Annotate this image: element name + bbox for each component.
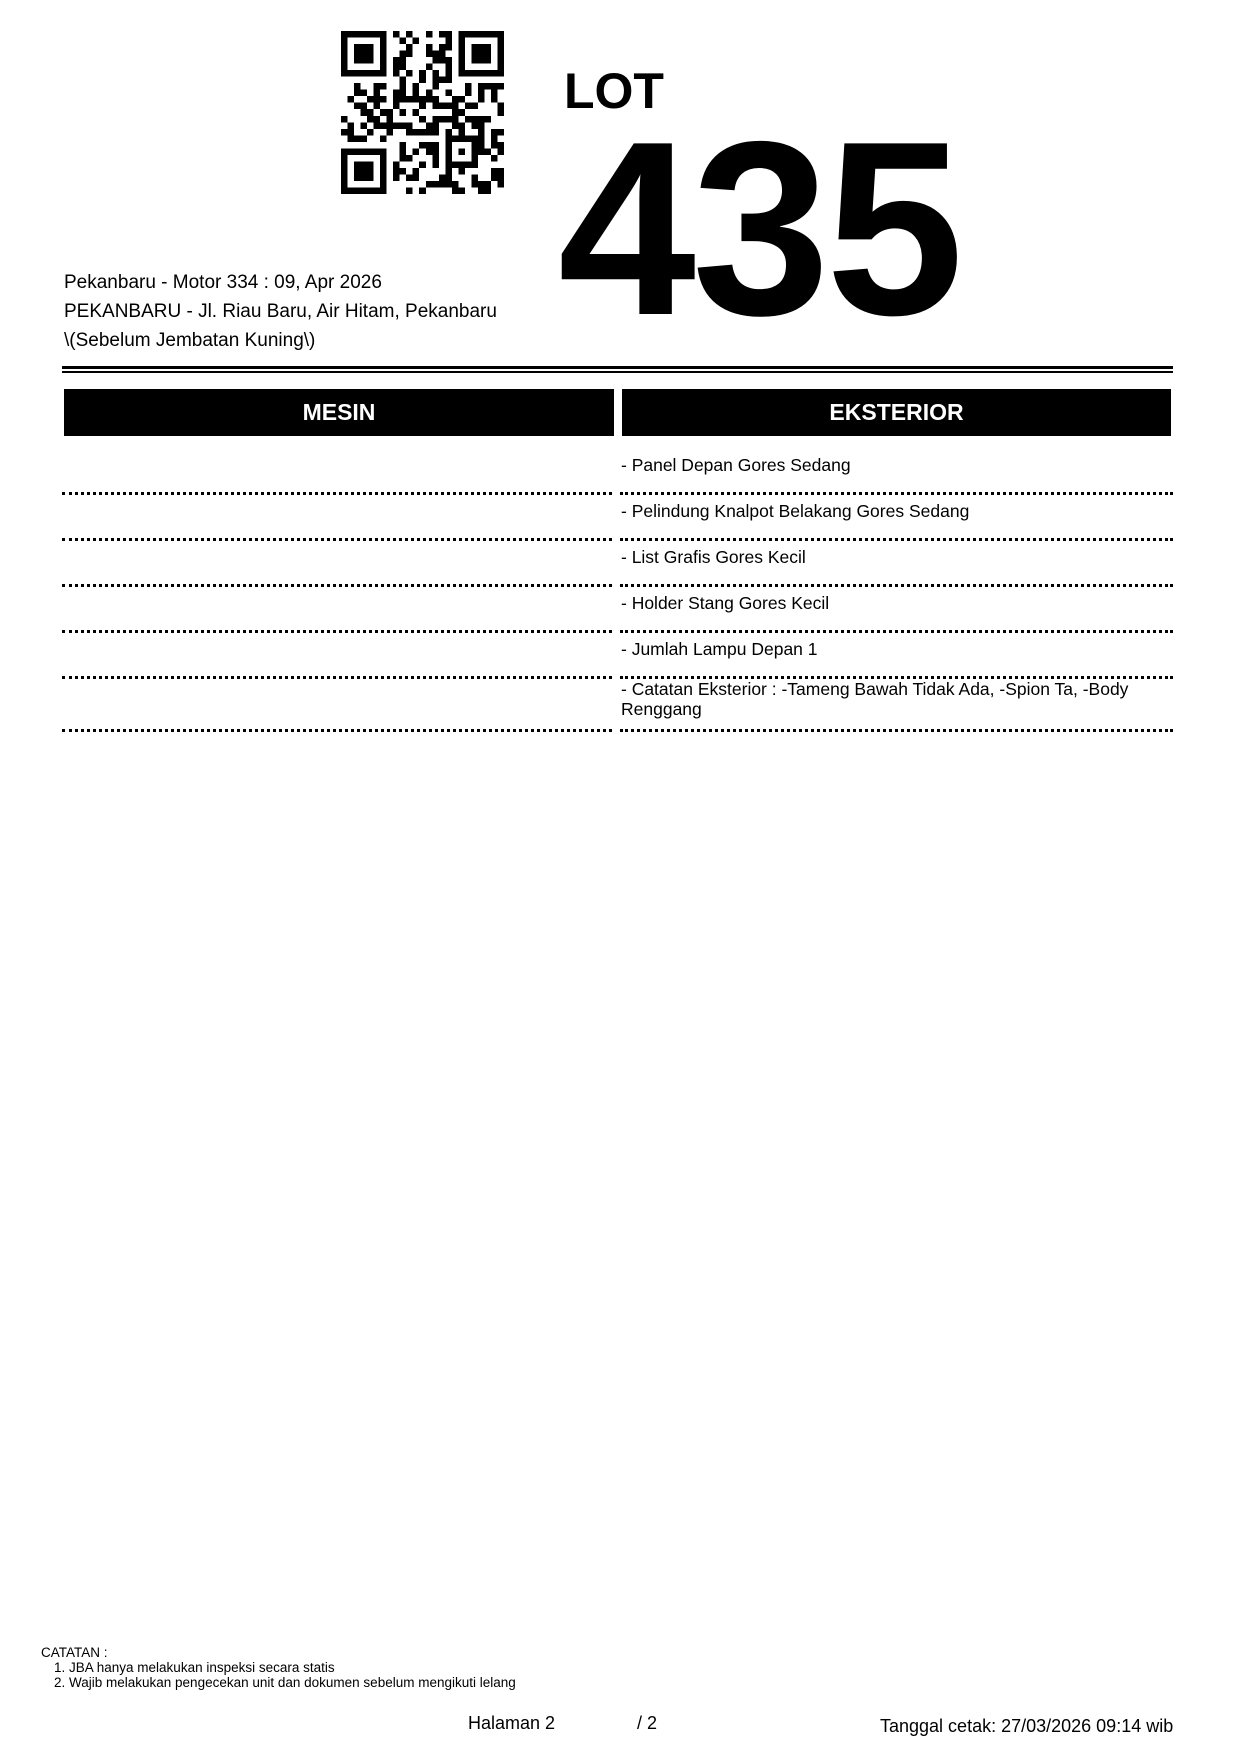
column-header-mesin: MESIN xyxy=(64,389,614,436)
eksterior-item: - List Grafis Gores Kecil xyxy=(621,547,1161,567)
column-header-eksterior: EKSTERIOR xyxy=(622,389,1171,436)
notes-section: CATATAN : JBA hanya melakukan inspeksi s… xyxy=(41,1645,516,1690)
divider-thick xyxy=(62,366,1173,369)
eksterior-item: - Jumlah Lampu Depan 1 xyxy=(621,639,1161,659)
event-line: Pekanbaru - Motor 334 : 09, Apr 2026 xyxy=(64,268,497,297)
divider-thin xyxy=(62,371,1173,373)
row-divider xyxy=(62,676,612,679)
page-label: Halaman 2 xyxy=(468,1713,555,1734)
row-divider xyxy=(620,630,1173,633)
row-divider xyxy=(62,630,612,633)
note-item: Wajib melakukan pengecekan unit dan doku… xyxy=(69,1675,516,1690)
qr-code-icon xyxy=(341,31,504,194)
row-divider xyxy=(620,538,1173,541)
row-divider xyxy=(62,538,612,541)
print-date: Tanggal cetak: 27/03/2026 09:14 wib xyxy=(880,1716,1173,1737)
lot-number: 435 xyxy=(558,104,960,352)
eksterior-item: - Pelindung Knalpot Belakang Gores Sedan… xyxy=(621,501,1161,521)
row-divider xyxy=(62,729,612,732)
page-total: / 2 xyxy=(637,1713,657,1734)
row-divider xyxy=(620,729,1173,732)
address-line-2: \(Sebelum Jembatan Kuning\) xyxy=(64,326,497,355)
row-divider xyxy=(62,584,612,587)
eksterior-item: - Panel Depan Gores Sedang xyxy=(621,455,1161,475)
eksterior-item: - Holder Stang Gores Kecil xyxy=(621,593,1161,613)
event-info: Pekanbaru - Motor 334 : 09, Apr 2026 PEK… xyxy=(64,268,497,355)
row-divider xyxy=(620,492,1173,495)
address-line-1: PEKANBARU - Jl. Riau Baru, Air Hitam, Pe… xyxy=(64,297,497,326)
row-divider xyxy=(62,492,612,495)
eksterior-item-notes: - Catatan Eksterior : -Tameng Bawah Tida… xyxy=(621,679,1146,719)
note-item: JBA hanya melakukan inspeksi secara stat… xyxy=(69,1660,516,1675)
notes-title: CATATAN : xyxy=(41,1645,516,1660)
qr-code xyxy=(341,31,504,194)
row-divider xyxy=(620,584,1173,587)
notes-list: JBA hanya melakukan inspeksi secara stat… xyxy=(41,1660,516,1690)
